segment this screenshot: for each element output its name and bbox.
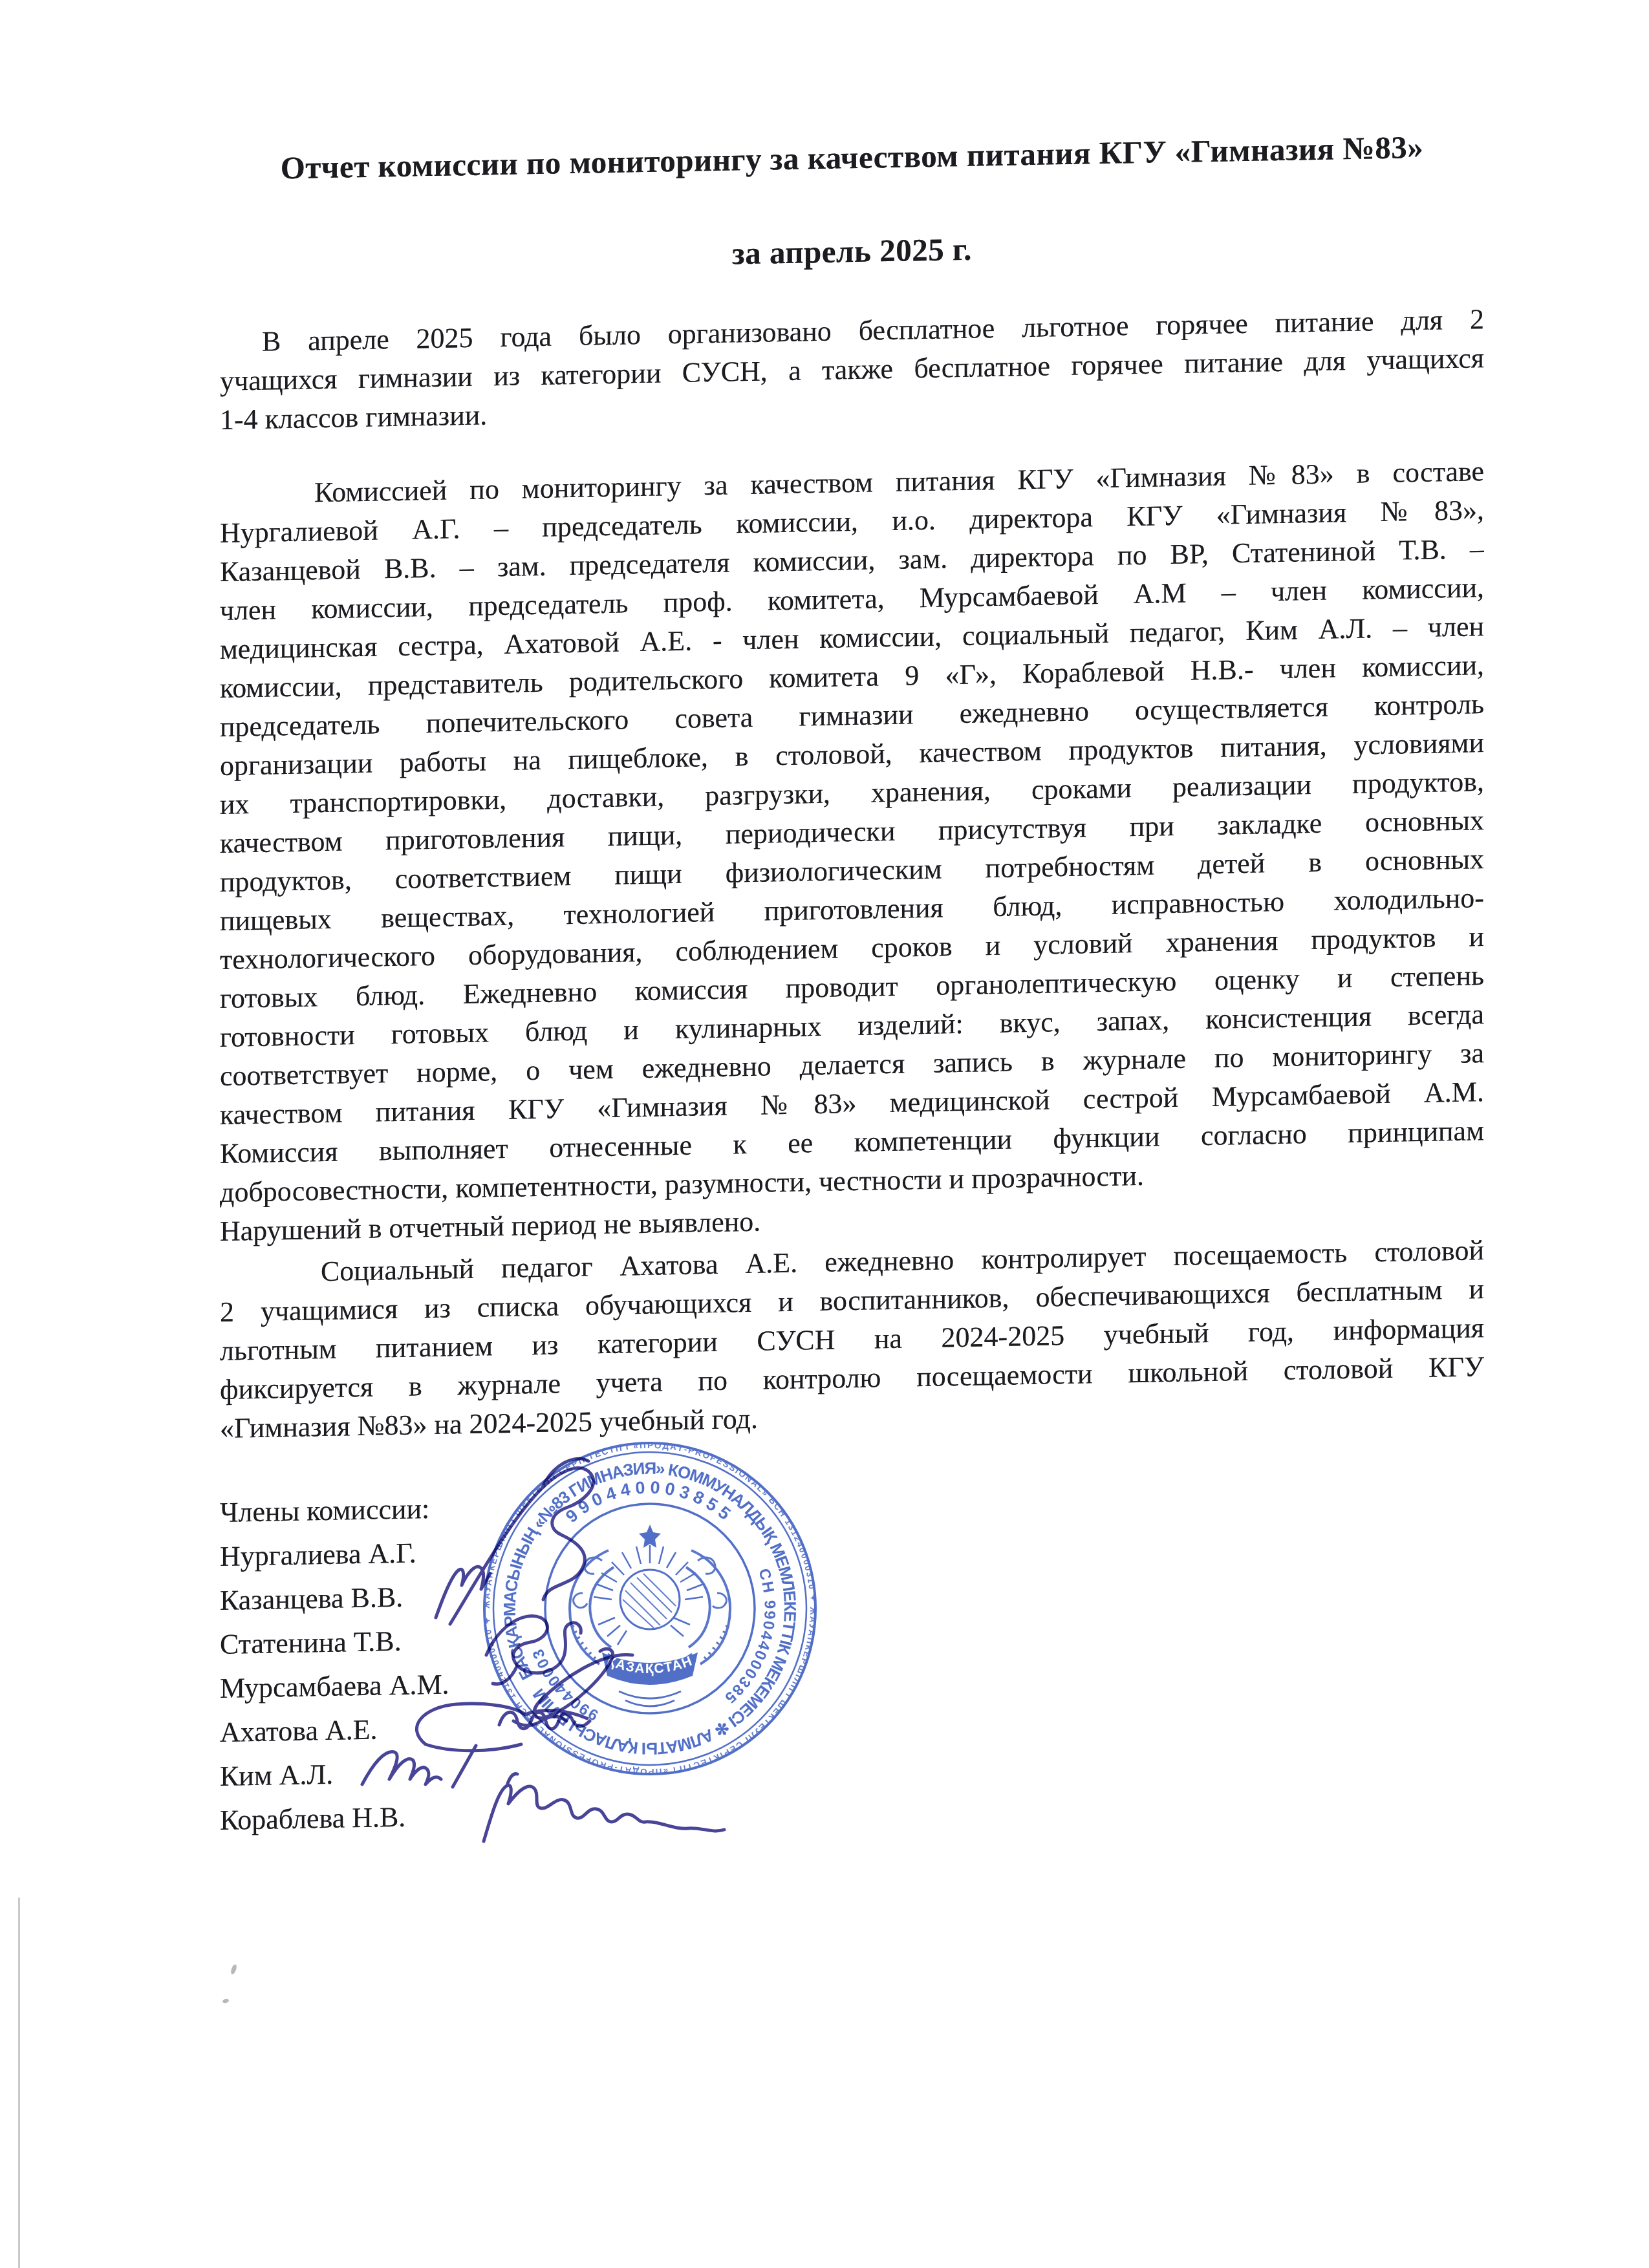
stamp-banner: ҚАЗАҚСТАН xyxy=(602,1653,698,1706)
stamp-star-icon xyxy=(639,1524,661,1548)
scan-edge-artifact xyxy=(18,1898,20,2268)
scanned-report-page: Отчет комиссии по мониторингу за качеств… xyxy=(0,0,1649,2268)
paragraph-intro: В апреле 2025 года было организовано бес… xyxy=(220,300,1484,440)
paragraph-commission: Комиссией по мониторингу за качеством пи… xyxy=(220,452,1484,1212)
report-title-line1: Отчет комиссии по мониторингу за качеств… xyxy=(220,127,1484,187)
stamp-outer-circle2 xyxy=(493,1452,806,1765)
report-title-line2: за апрель 2025 г. xyxy=(220,221,1484,281)
stamp-emblem-sun xyxy=(594,1524,704,1645)
official-stamp: БАСҚАРМАСЫНЫҢ «№83 ГИМНАЗИЯ» КОММУНАЛДЫҚ… xyxy=(475,1434,824,1783)
document-content: Отчет комиссии по мониторингу за качеств… xyxy=(220,0,1484,2268)
stamp-emblem-ornaments xyxy=(570,1550,730,1668)
paragraph-social-pedagogue: Социальный педагог Ахатова А.Е. ежедневн… xyxy=(220,1231,1484,1448)
